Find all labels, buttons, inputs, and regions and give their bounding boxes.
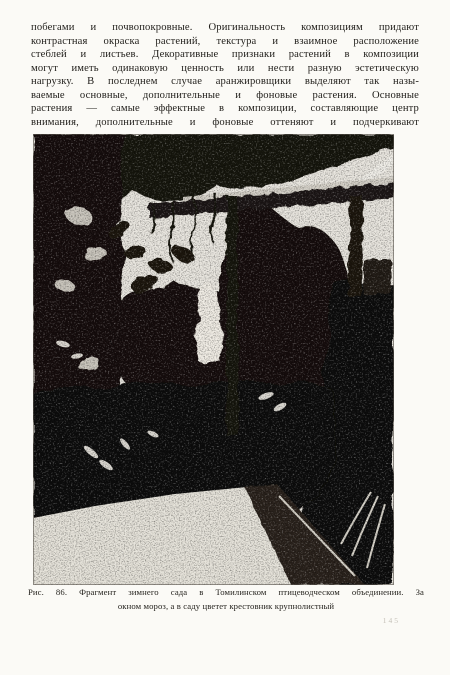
halftone-grain-light	[33, 134, 394, 585]
page-number: 145	[383, 616, 400, 625]
paragraph-line: контрастная окраска растений, текстура и…	[31, 35, 419, 49]
paragraph-line: внимания, дополнительные и фоновые оттен…	[31, 116, 419, 130]
paragraph-line: стеблей и листьев. Декоративные признаки…	[31, 48, 419, 62]
paragraph-line: нагрузку. В последнем случае аранжировщи…	[31, 75, 419, 89]
book-page: побегами и почвопокровные. Оригинальност…	[0, 0, 450, 675]
paragraph-line: побегами и почвопокровные. Оригинальност…	[31, 21, 419, 35]
caption-line-1: Рис. 86. Фрагмент зимнего сада в Томилин…	[28, 586, 424, 600]
paragraph-line: ваемые основные, дополнительные и фоновы…	[31, 89, 419, 103]
figure-winter-garden	[33, 134, 394, 585]
caption-line-2: окном мороз, а в саду цветет крестовник …	[28, 600, 424, 614]
winter-garden-photo	[33, 134, 394, 585]
paragraph: побегами и почвопокровные. Оригинальност…	[31, 21, 419, 129]
paragraph-line: могут иметь одинаковую ценность или нест…	[31, 62, 419, 76]
paragraph-line: растения — самые эффектные в композиции,…	[31, 102, 419, 116]
figure-caption: Рис. 86. Фрагмент зимнего сада в Томилин…	[28, 586, 424, 613]
